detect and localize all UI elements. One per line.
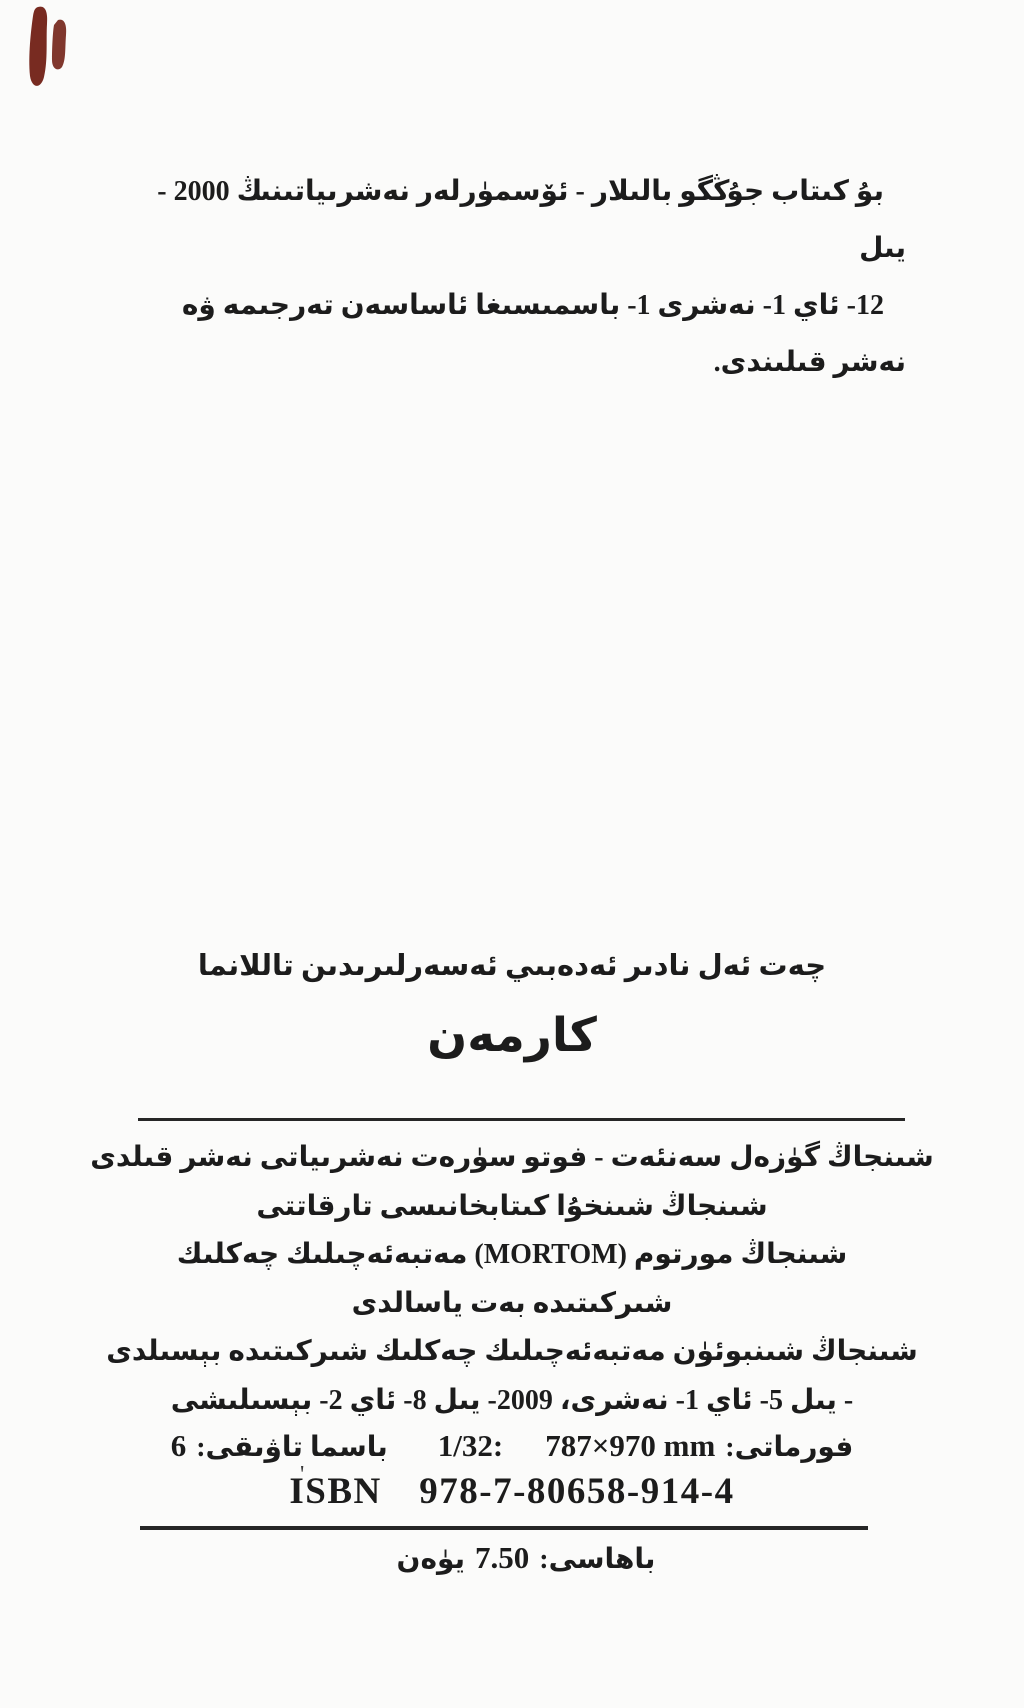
colophon-page: بۇ كىتاب جۇڭگو بالىلار - ئۆسمۈرلەر نەشرى… [0, 0, 1024, 1708]
printing-sheets-value: 6 [171, 1428, 187, 1464]
ink-stain-blob-1 [29, 7, 47, 86]
distributor-line: شىنجاڭ شىنخۇا كىتابخانىسى تارقاتتى [0, 1189, 1024, 1223]
typesetting-line-1: شىنجاڭ مورتوم (MORTOM) مەتبەئەچىلىك چەكل… [0, 1237, 1024, 1271]
edition-line: - يىل 5- ئاي 1- نەشرى، 2009- يىل 8- ئاي … [0, 1383, 1024, 1417]
publisher-line: شىنجاڭ گۈزەل سەنئەت - فوتو سۈرەت نەشرىيا… [0, 1140, 1024, 1174]
series-title: چەت ئەل نادىر ئەدەبىي ئەسەرلىرىدىن تاللا… [0, 948, 1024, 983]
printing-sheets-label: باسما تاۋىقى: [196, 1430, 388, 1464]
price-value: 7.50 [475, 1540, 529, 1576]
printing-line: شىنجاڭ شىنبوئۈن مەتبەئەچىلىك چەكلىك شىرك… [0, 1334, 1024, 1368]
format-ratio: 1/32: [438, 1428, 503, 1464]
isbn-line: ISBN 978-7-80658-914-4 [0, 1470, 1024, 1513]
price-unit: يۈەن [397, 1542, 466, 1576]
price-line: باھاسى: 7.50 يۈەن [14, 1540, 1024, 1576]
book-title: كارمەن [0, 1008, 1024, 1063]
ink-stain [22, 2, 80, 100]
ink-stain-blob-2 [52, 20, 66, 70]
format-size: 787×970 mm [545, 1428, 715, 1464]
price-label: باھاسى: [539, 1542, 655, 1576]
typesetting-line-2: شىركىتىدە بەت ياسالدى [0, 1286, 1024, 1320]
top-note-line1: بۇ كىتاب جۇڭگو بالىلار - ئۆسمۈرلەر نەشرى… [106, 163, 906, 277]
top-note-line2: 12- ئاي 1- نەشرى 1- باسمىسىغا ئاساسەن تە… [106, 277, 906, 391]
divider-bottom [140, 1526, 868, 1530]
top-note: بۇ كىتاب جۇڭگو بالىلار - ئۆسمۈرلەر نەشرى… [106, 163, 906, 391]
divider-top [138, 1118, 905, 1121]
format-line: فورماتى: 787×970 mm 1/32: باسما تاۋىقى: … [0, 1428, 1024, 1464]
format-label: فورماتى: [725, 1430, 853, 1464]
